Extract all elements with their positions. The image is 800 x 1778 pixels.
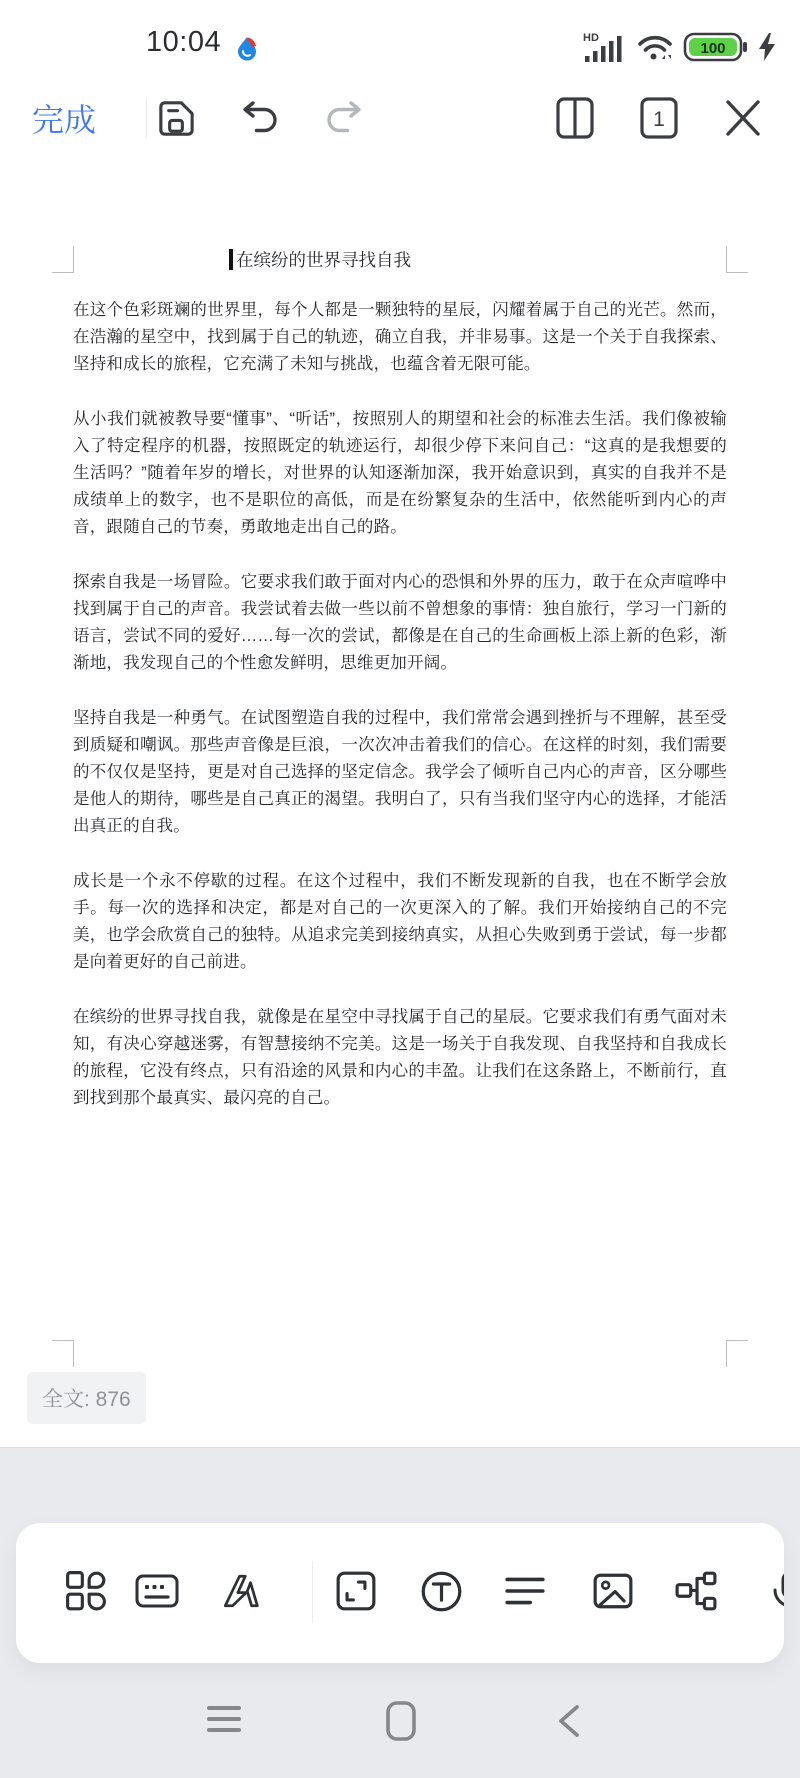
paragraph[interactable]: 坚持自我是一种勇气。在试图塑造自我的过程中，我们常常会遇到挫折与不理解，甚至受到…	[73, 705, 727, 840]
tools-panel-button[interactable]	[65, 1570, 107, 1612]
page-margin-mark-top-right	[726, 246, 748, 273]
toolbar-divider	[146, 98, 147, 138]
paragraph[interactable]: 探索自我是一场冒险。它要求我们敢于面对内心的恐惧和外界的压力，敢于在众声喧哗中找…	[73, 569, 727, 677]
done-button[interactable]: 完成	[32, 96, 96, 140]
charging-bolt-icon	[758, 32, 776, 62]
svg-text:HD: HD	[583, 32, 599, 44]
paragraph[interactable]: 成长是一个永不停歇的过程。在这个过程中，我们不断发现新的自我，也在不断学会放手。…	[73, 868, 727, 976]
wifi-icon	[637, 31, 674, 63]
battery-icon: 100	[683, 31, 749, 63]
recents-button[interactable]	[207, 1701, 241, 1737]
page-margin-mark-top-left	[52, 246, 74, 273]
redo-icon	[322, 97, 366, 139]
back-button[interactable]	[556, 1701, 582, 1741]
bottom-toolbar	[16, 1523, 784, 1663]
home-icon	[386, 1701, 416, 1741]
frame-resize-button[interactable]	[335, 1570, 377, 1612]
text-cursor	[229, 249, 233, 270]
voice-input-button[interactable]	[769, 1570, 784, 1614]
notification-app-icon	[234, 35, 260, 61]
back-chevron-icon	[556, 1701, 582, 1741]
undo-icon	[238, 97, 282, 139]
split-view-button[interactable]	[556, 96, 594, 140]
close-button[interactable]	[724, 96, 762, 140]
split-view-icon	[556, 97, 594, 139]
keyboard-button[interactable]	[135, 1570, 179, 1612]
canvas-background	[0, 1447, 800, 1778]
text-circle-icon	[420, 1570, 463, 1613]
recents-icon	[207, 1701, 241, 1737]
toolbar-group-divider	[312, 1561, 313, 1623]
microphone-icon	[769, 1570, 784, 1614]
image-icon	[592, 1570, 634, 1612]
page-count-icon: 1	[640, 97, 678, 139]
home-button[interactable]	[386, 1701, 416, 1741]
undo-button[interactable]	[238, 96, 282, 140]
paragraph-align-button[interactable]	[504, 1570, 546, 1612]
close-icon	[724, 98, 762, 138]
align-lines-icon	[504, 1570, 546, 1612]
frame-resize-icon	[335, 1570, 377, 1612]
android-nav-bar	[0, 1701, 800, 1761]
blocks-tools-icon	[65, 1570, 107, 1612]
mindmap-icon	[675, 1570, 717, 1612]
screen: { "status_bar": { "time": "10:04", "netw…	[0, 0, 800, 1778]
mindmap-button[interactable]	[675, 1570, 717, 1612]
svg-text:1: 1	[653, 108, 665, 131]
paragraph[interactable]: 从小我们就被教导要“懂事”、“听话”，按照别人的期望和社会的标准去生活。我们像被…	[73, 406, 727, 541]
paragraph[interactable]: 在缤纷的世界寻找自我，就像是在星空中寻找属于自己的星辰。它要求我们有勇气面对未知…	[73, 1004, 727, 1112]
save-icon	[155, 97, 198, 140]
insert-text-button[interactable]	[420, 1570, 463, 1613]
insert-image-button[interactable]	[592, 1570, 634, 1612]
paragraph[interactable]: 在这个色彩斑斓的世界里，每个人都是一颗独特的星辰，闪耀着属于自己的光芒。然而，在…	[73, 297, 727, 378]
document-title[interactable]: 在缤纷的世界寻找自我	[236, 250, 411, 270]
signal-icon: HD	[582, 30, 628, 64]
font-style-button[interactable]	[219, 1570, 261, 1612]
redo-button[interactable]	[322, 96, 366, 140]
svg-text:100: 100	[700, 40, 725, 57]
keyboard-icon	[135, 1570, 179, 1612]
document-title-row[interactable]: 在缤纷的世界寻找自我	[73, 246, 727, 274]
font-style-icon	[219, 1570, 261, 1612]
clock: 10:04	[146, 26, 221, 59]
page-margin-mark-bottom-left	[52, 1340, 74, 1367]
word-count-badge: 全文: 876	[27, 1372, 146, 1424]
document-body[interactable]: 在缤纷的世界寻找自我 在这个色彩斑斓的世界里，每个人都是一颗独特的星辰，闪耀着属…	[73, 246, 727, 1140]
page-count-button[interactable]: 1	[640, 96, 678, 140]
save-button[interactable]	[155, 96, 198, 140]
status-icons: HD 100	[582, 30, 776, 64]
page-margin-mark-bottom-right	[726, 1340, 748, 1367]
